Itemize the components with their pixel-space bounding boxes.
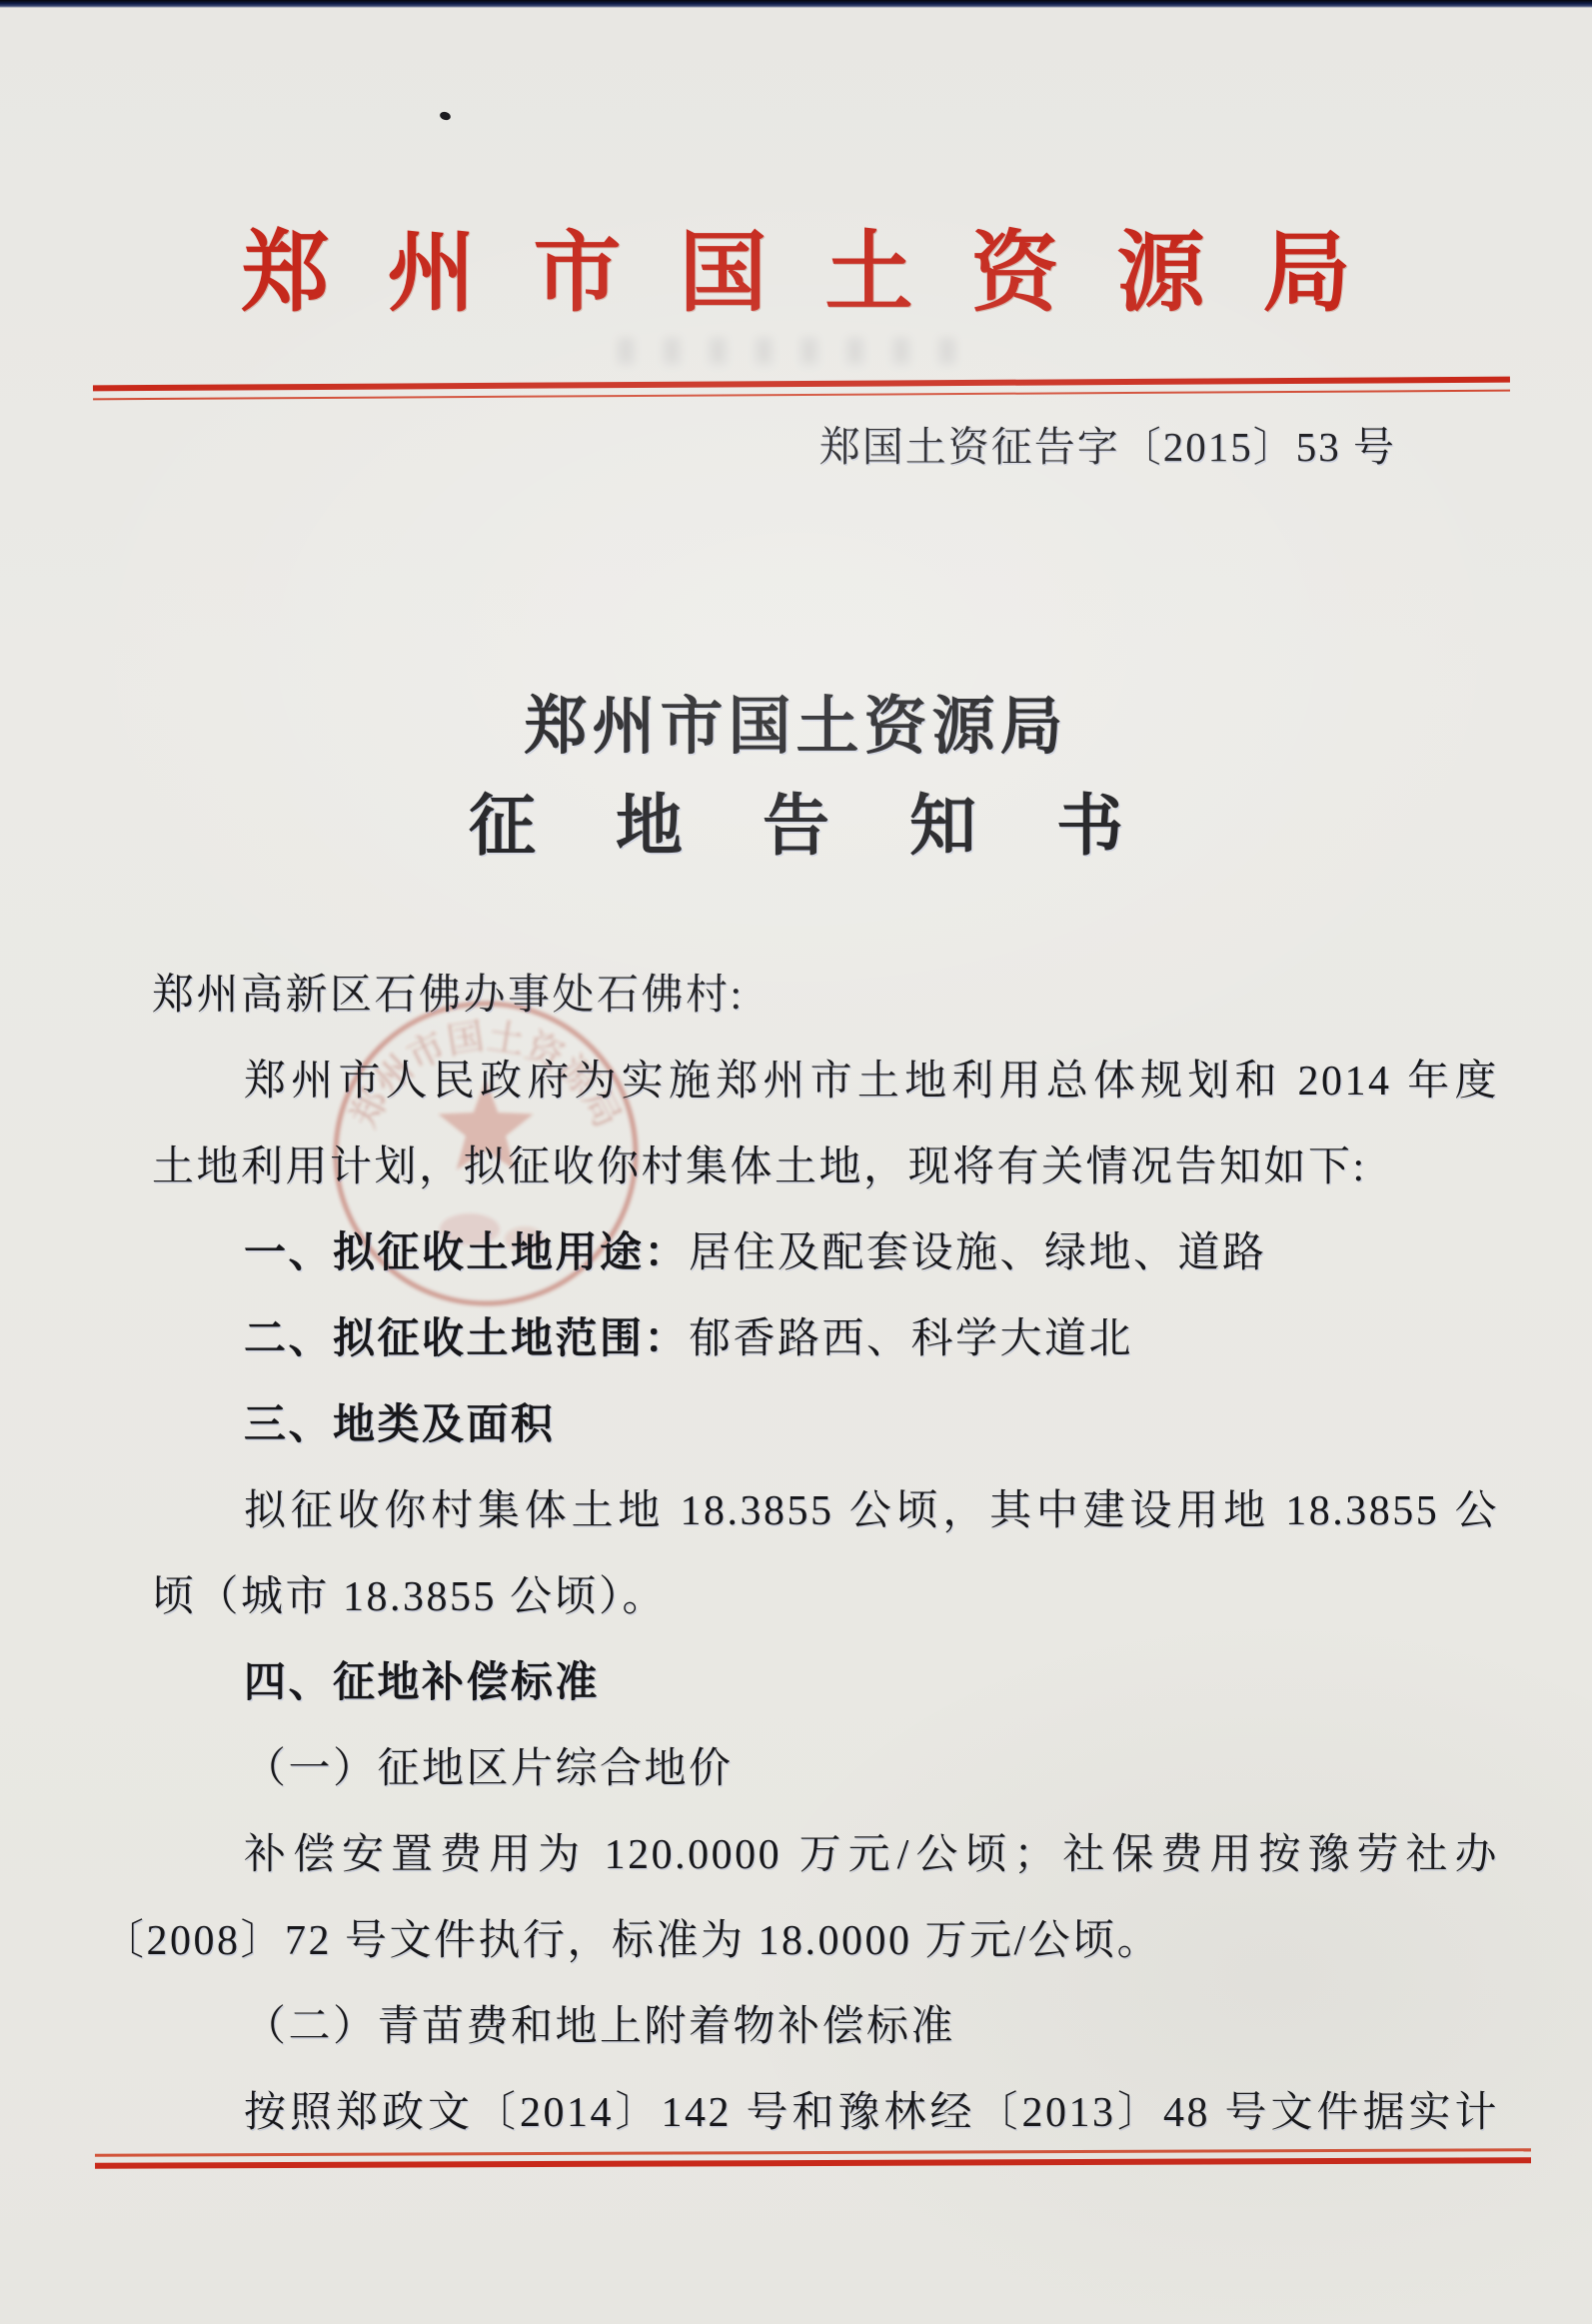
- body-line-text: 郑州市人民政府为实施郑州市土地利用总体规划和 2014 年度: [244, 1059, 1499, 1105]
- body-line: 土地利用计划，拟征收你村集体土地，现将有关情况告知如下:: [152, 1124, 1499, 1209]
- body-line: 拟征收你村集体土地 18.3855 公顷，其中建设用地 18.3855 公: [152, 1467, 1499, 1553]
- bleedthrough-smudge: [618, 338, 957, 364]
- body-line: 顷（城市 18.3855 公顷）。: [152, 1553, 1499, 1639]
- body-line: 〔2008〕72 号文件执行，标准为 18.0000 万元/公顷。: [102, 1897, 1499, 1983]
- body-line-text: 郁香路西、科学大道北: [689, 1316, 1133, 1362]
- body-line-section-3: 三、地类及面积: [152, 1381, 1499, 1467]
- document-title-notice: 征地告知书: [0, 773, 1592, 869]
- agency-masthead-title: 郑州市国土资源局: [0, 203, 1592, 329]
- body-line: 郑州市人民政府为实施郑州市土地利用总体规划和 2014 年度: [152, 1038, 1499, 1124]
- body-line-text: 土地利用计划，拟征收你村集体土地，现将有关情况告知如下:: [152, 1145, 1367, 1190]
- header-rule-thick: [93, 377, 1510, 392]
- body-line-text: 拟征收你村集体土地 18.3855 公顷，其中建设用地 18.3855 公: [244, 1488, 1499, 1534]
- body-line: 按照郑政文〔2014〕142 号和豫林经〔2013〕48 号文件据实计: [152, 2069, 1499, 2155]
- body-line-bold-label: 二、拟征收土地范围：: [244, 1314, 689, 1361]
- document-title-agency: 郑州市国土资源局: [0, 676, 1592, 767]
- body-line-text: 居住及配套设施、绿地、道路: [689, 1230, 1267, 1276]
- body-line-text: （一）征地区片综合地价: [244, 1746, 734, 1792]
- body-line-section-1: 一、拟征收土地用途：居住及配套设施、绿地、道路: [152, 1209, 1499, 1295]
- body-line-bold-label: 一、拟征收土地用途：: [244, 1228, 689, 1275]
- document-reference-number: 郑国土资征告字〔2015〕53 号: [819, 414, 1396, 473]
- ink-dot: [439, 110, 452, 121]
- body-line-bold-label: 三、地类及面积: [244, 1400, 556, 1447]
- body-line-text: 顷（城市 18.3855 公顷）。: [152, 1574, 667, 1620]
- header-rule-thin: [93, 390, 1510, 401]
- scanned-document-page: 郑州市国土资源局 郑国土资征告字〔2015〕53 号 郑州市国土资源局 征地告知…: [0, 0, 1592, 2324]
- body-line-text: 郑州高新区石佛办事处石佛村:: [152, 973, 745, 1019]
- body-line: 补偿安置费用为 120.0000 万元/公顷；社保费用按豫劳社办: [152, 1811, 1499, 1897]
- body-line-text: （二）青苗费和地上附着物补偿标准: [244, 2004, 955, 2050]
- body-line: （一）征地区片综合地价: [152, 1725, 1499, 1811]
- scan-top-edge: [0, 0, 1592, 8]
- body-line-bold-label: 四、征地补偿标准: [244, 1658, 600, 1705]
- salutation-line: 郑州高新区石佛办事处石佛村:: [152, 952, 1499, 1038]
- footer-rule-thick: [95, 2157, 1531, 2169]
- body-line-section-4: 四、征地补偿标准: [152, 1639, 1499, 1725]
- document-body: 郑州高新区石佛办事处石佛村: 郑州市人民政府为实施郑州市土地利用总体规划和 20…: [152, 952, 1499, 2155]
- header-double-rule: [93, 377, 1510, 401]
- body-line-section-2: 二、拟征收土地范围：郁香路西、科学大道北: [152, 1295, 1499, 1381]
- body-line-text: 补偿安置费用为 120.0000 万元/公顷；社保费用按豫劳社办: [244, 1832, 1499, 1878]
- body-line: （二）青苗费和地上附着物补偿标准: [152, 1983, 1499, 2069]
- body-line-text: 〔2008〕72 号文件执行，标准为 18.0000 万元/公顷。: [102, 1918, 1161, 1964]
- body-line-text: 按照郑政文〔2014〕142 号和豫林经〔2013〕48 号文件据实计: [244, 2090, 1499, 2136]
